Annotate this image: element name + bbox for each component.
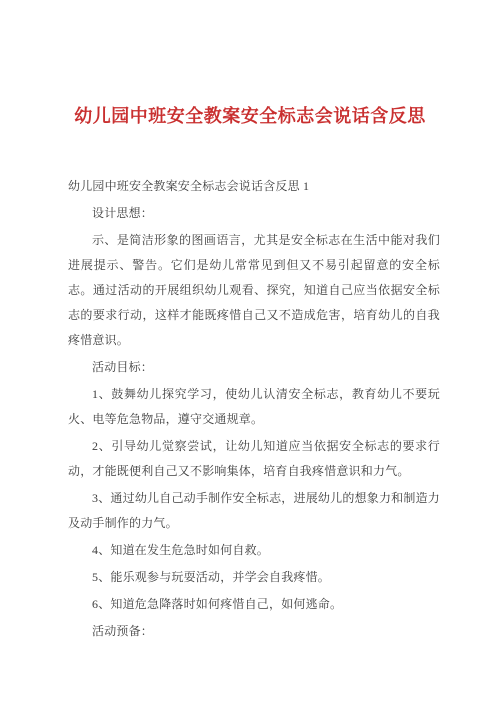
document-title: 幼儿园中班安全教案安全标志会说话含反思 xyxy=(0,101,500,131)
paragraph: 活动预备： xyxy=(68,619,440,644)
paragraph: 示、是简洁形象的图画语言，尤其是安全标志在生活中能对我们进展提示、警告。它们是幼… xyxy=(68,228,440,353)
document-body: 幼儿园中班安全教案安全标志会说话含反思 1设计思想：示、是简洁形象的图画语言，尤… xyxy=(68,174,440,646)
paragraph: 幼儿园中班安全教案安全标志会说话含反思 1 xyxy=(68,174,440,199)
paragraph: 5、能乐观参与玩耍活动，并学会自我疼惜。 xyxy=(68,565,440,590)
document-page: 幼儿园中班安全教案安全标志会说话含反思 幼儿园中班安全教案安全标志会说话含反思 … xyxy=(0,0,500,707)
paragraph: 2、引导幼儿觉察尝试，让幼儿知道应当依据安全标志的要求行动，才能既便利自己又不影… xyxy=(68,434,440,484)
paragraph: 1、鼓舞幼儿探究学习，使幼儿认清安全标志，教育幼儿不要玩火、电等危急物品，遵守交… xyxy=(68,382,440,432)
paragraph: 设计思想： xyxy=(68,201,440,226)
paragraph: 活动目标： xyxy=(68,355,440,380)
paragraph: 4、知道在发生危急时如何自救。 xyxy=(68,538,440,563)
paragraph: 6、知道危急降落时如何疼惜自己，如何逃命。 xyxy=(68,592,440,617)
paragraph: 3、通过幼儿自己动手制作安全标志，进展幼儿的想象力和制造力及动手制作的力气。 xyxy=(68,486,440,536)
